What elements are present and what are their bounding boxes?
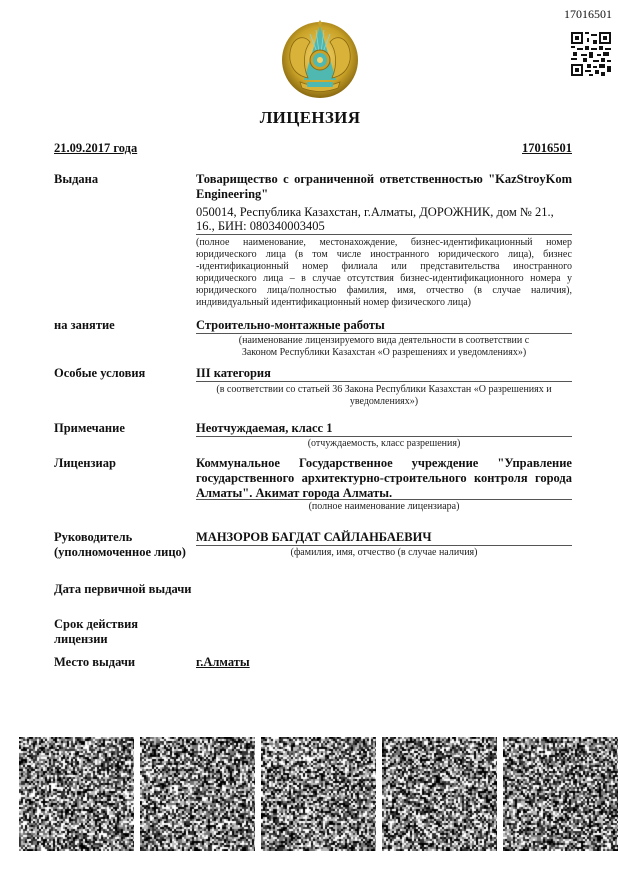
issued-to-value: Товарищество с ограниченной ответственно… — [196, 172, 572, 201]
issued-to-label: Выдана — [54, 172, 98, 187]
2d-barcode-icon — [19, 737, 134, 851]
validity-label-line2: лицензии — [54, 632, 138, 647]
qr-code-icon — [571, 32, 611, 76]
head-note: (фамилия, имя, отчество (в случае наличи… — [196, 547, 572, 559]
document-title: ЛИЦЕНЗИЯ — [0, 108, 620, 128]
place-of-issue-value: г.Алматы — [196, 655, 250, 670]
remark-underline — [196, 436, 572, 437]
head-label: Руководитель (уполномоченное лицо) — [54, 530, 186, 560]
2d-barcode-icon — [382, 737, 497, 851]
issued-to-address: 050014, Республика Казахстан, г.Алматы, … — [196, 206, 572, 233]
head-label-line1: Руководитель — [54, 530, 186, 545]
2d-barcode-icon — [503, 737, 618, 851]
activity-value: Строительно-монтажные работы — [196, 318, 572, 333]
remark-value: Неотчуждаемая, класс 1 — [196, 421, 572, 436]
validity-label-line1: Срок действия — [54, 617, 138, 632]
special-conditions-value: III категория — [196, 366, 572, 381]
special-conditions-note: (в соответствии со статьей 36 Закона Рес… — [196, 384, 572, 408]
remark-note: (отчуждаемость, класс разрешения) — [196, 438, 572, 450]
2d-barcode-icon — [261, 737, 376, 851]
issue-date: 21.09.2017 года — [54, 141, 137, 156]
place-of-issue-label: Место выдачи — [54, 655, 135, 670]
state-emblem-icon — [280, 20, 360, 100]
issued-to-note: (полное наименование, местонахождение, б… — [196, 237, 572, 309]
head-underline — [196, 545, 572, 546]
special-conditions-underline — [196, 381, 572, 382]
head-label-line2: (уполномоченное лицо) — [54, 545, 186, 560]
licensor-underline — [196, 499, 572, 500]
issued-to-underline — [196, 234, 572, 235]
remark-label: Примечание — [54, 421, 125, 436]
first-issue-date-label: Дата первичной выдачи — [54, 582, 192, 597]
validity-label: Срок действия лицензии — [54, 617, 138, 647]
licensor-note: (полное наименование лицензиара) — [196, 501, 572, 513]
licensor-value: Коммунальное Государственное учреждение … — [196, 456, 572, 501]
activity-underline — [196, 333, 572, 334]
2d-barcode-icon — [140, 737, 255, 851]
licensor-label: Лицензиар — [54, 456, 116, 471]
head-value: МАНЗОРОВ БАГДАТ САЙЛАНБАЕВИЧ — [196, 530, 572, 545]
activity-note: (наименование лицензируемого вида деятел… — [196, 335, 572, 359]
top-license-number: 17016501 — [564, 7, 612, 22]
activity-label: на занятие — [54, 318, 115, 333]
license-number: 17016501 — [522, 141, 572, 156]
special-conditions-label: Особые условия — [54, 366, 145, 381]
barcode-strip — [19, 737, 619, 851]
